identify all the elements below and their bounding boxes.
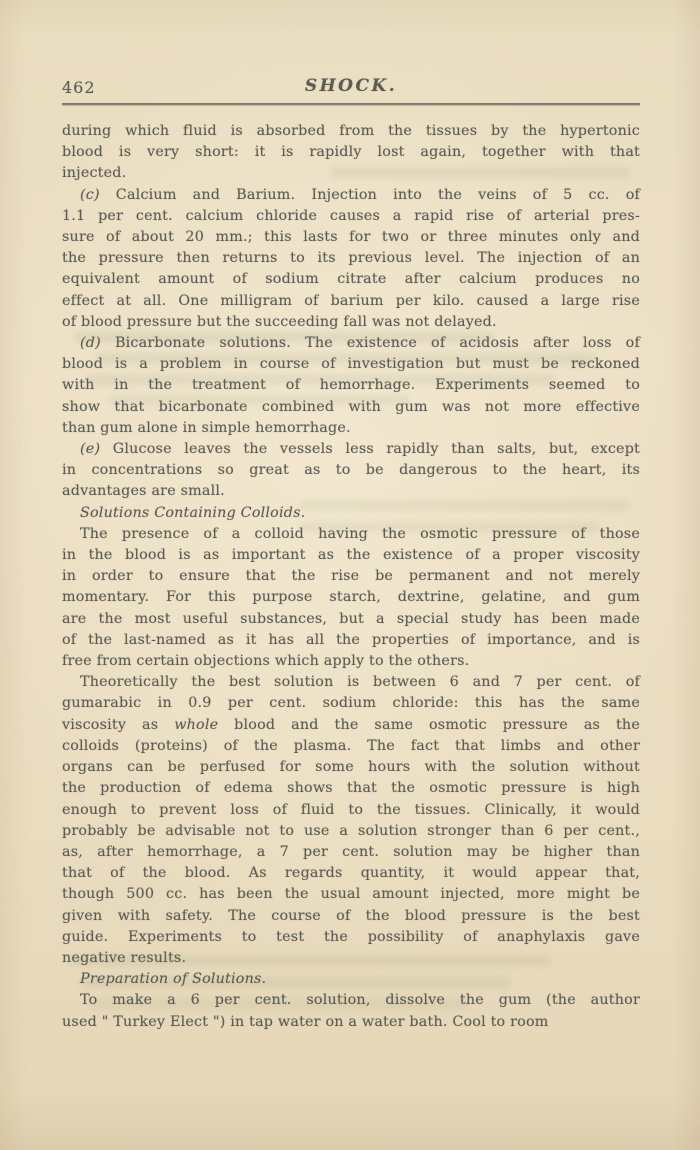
body-text-line: negative results. [62,948,640,969]
body-text-line: free from certain objections which apply… [62,651,640,672]
body-text-line: given with safety. The course of the blo… [62,906,640,927]
body-text-line: enough to prevent loss of fluid to the t… [62,800,640,821]
body-text-line: equivalent amount of sodium citrate afte… [62,269,640,290]
body-text-line: guide. Experiments to test the possibili… [62,927,640,948]
body-text-line: Theoretically the best solution is betwe… [62,672,640,693]
body-text-line: in concentrations so great as to be dang… [62,460,640,481]
body-text-line: that of the blood. As regards quantity, … [62,863,640,884]
body-text-line: injected. [62,163,640,184]
body-text-line: (e) Glucose leaves the vessels less rapi… [62,439,640,460]
body-text-line: To make a 6 per cent. solution, dissolve… [62,990,640,1011]
body-text-line: (c) Calcium and Barium. Injection into t… [62,185,640,206]
body-text-line: blood is a problem in course of investig… [62,354,640,375]
body-text-line: the production of edema shows that the o… [62,778,640,799]
body-text-line: advantages are small. [62,481,640,502]
body-text-line: as, after hemorrhage, a 7 per cent. solu… [62,842,640,863]
book-page-scan: 462 SHOCK. during which fluid is absorbe… [0,0,700,1150]
body-text-line: in order to ensure that the rise be perm… [62,566,640,587]
section-heading-line: Solutions Containing Colloids. [62,503,640,524]
body-text-line: though 500 cc. has been the usual amount… [62,884,640,905]
text-block: during which fluid is absorbed from the … [62,121,640,1033]
body-text-line: 1.1 per cent. calcium chloride causes a … [62,206,640,227]
body-text-line: in the blood is as important as the exis… [62,545,640,566]
body-text-line: blood is very short: it is rapidly lost … [62,142,640,163]
body-text-line: momentary. For this purpose starch, dext… [62,587,640,608]
body-text-line: The presence of a colloid having the osm… [62,524,640,545]
body-text-line: organs can be perfused for some hours wi… [62,757,640,778]
body-text-line: during which fluid is absorbed from the … [62,121,640,142]
body-text-line: of the last-named as it has all the prop… [62,630,640,651]
page-header: 462 SHOCK. [62,76,640,100]
body-text-line: with in the treatment of hemorrhage. Exp… [62,375,640,396]
body-text-line: (d) Bicarbonate solutions. The existence… [62,333,640,354]
section-heading-line: Preparation of Solutions. [62,969,640,990]
header-rule [62,103,640,105]
body-text-line: of blood pressure but the succeeding fal… [62,312,640,333]
body-text-line: probably be advisable not to use a solut… [62,821,640,842]
body-text-line: sure of about 20 mm.; this lasts for two… [62,227,640,248]
body-text-line: used " Turkey Elect ") in tap water on a… [62,1012,640,1033]
running-title: SHOCK. [62,76,640,96]
body-text-line: colloids (proteins) of the plasma. The f… [62,736,640,757]
body-text-line: viscosity as whole blood and the same os… [62,715,640,736]
body-text-line: the pressure then returns to its previou… [62,248,640,269]
body-text-line: are the most useful substances, but a sp… [62,609,640,630]
body-text-line: effect at all. One milligram of barium p… [62,291,640,312]
body-text-line: than gum alone in simple hemorrhage. [62,418,640,439]
body-text-line: gumarabic in 0.9 per cent. sodium chlori… [62,693,640,714]
body-text-line: show that bicarbonate combined with gum … [62,397,640,418]
